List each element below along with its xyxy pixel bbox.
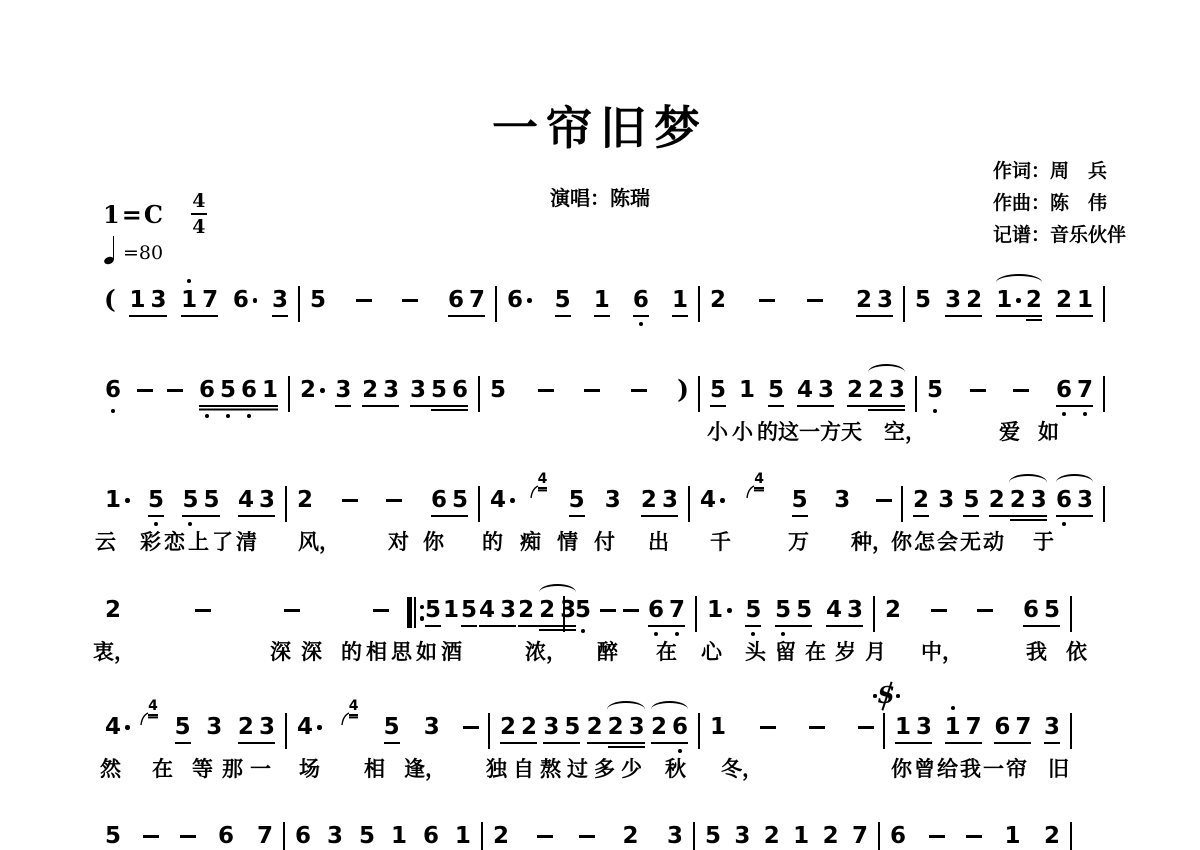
note: 1: [894, 713, 912, 741]
note: 5: [574, 596, 592, 624]
augmentation-dot: [1016, 298, 1021, 303]
augmentation-dot: [527, 298, 532, 303]
note-group: 67: [993, 713, 1032, 741]
note: 6: [632, 286, 650, 314]
lyric-text: 在: [656, 636, 677, 666]
dash-note: [284, 609, 300, 612]
note: 6: [422, 822, 440, 850]
meter-numerator: 4: [192, 190, 205, 212]
note: 6: [1055, 486, 1073, 514]
notation-credit: 记谱：音乐伙伴: [993, 220, 1126, 252]
lyric-text: 醉: [597, 636, 618, 666]
lyric-text: 的这一方天: [757, 416, 862, 446]
grace-note: 4: [148, 699, 158, 713]
note: 3: [1076, 486, 1094, 514]
note-group: 23: [855, 286, 894, 314]
augmentation-dot: [727, 608, 732, 613]
note: 3: [334, 376, 352, 404]
note: 2: [709, 286, 727, 314]
lyric-text: 如: [1038, 416, 1059, 446]
augmentation-dot: [125, 498, 130, 503]
time-signature: 4 4: [191, 190, 207, 238]
augmentation-dot: [320, 388, 325, 393]
dash-note: [759, 299, 775, 302]
note: 4: [296, 713, 323, 741]
note-group: 67: [647, 596, 686, 624]
note: 5: [383, 713, 401, 741]
note: 6: [451, 376, 469, 404]
parenthesis: (: [104, 286, 116, 314]
key-eq: =: [122, 200, 144, 229]
lyric-text: 场: [299, 753, 320, 783]
note: 2: [237, 713, 255, 741]
note: 5: [147, 486, 165, 514]
music-system-4: 251543223567155543265衷，深深的相思如酒浓，醉在心头留在岁月…: [95, 596, 1074, 632]
note: 5: [962, 486, 980, 514]
note: 3: [628, 713, 646, 741]
lyric-text: 的相思如酒: [341, 636, 466, 666]
note: 3: [604, 486, 622, 514]
note-group: 55: [181, 486, 220, 514]
sheet-music-page: 一帘旧梦 演唱：陈瑞 作词：周 兵 作曲：陈 伟 记谱：音乐伙伴 1=C 4 4…: [0, 0, 1200, 850]
note: 2: [296, 486, 314, 514]
note: 5: [1043, 596, 1061, 624]
note: 1: [706, 596, 733, 624]
lyric-text: 痴: [520, 526, 541, 556]
lyric-text: 中，: [921, 636, 963, 666]
music-system-1: (131763567651612235321221: [95, 286, 1105, 322]
note: 5: [174, 713, 192, 741]
lyric-text: 浓，: [525, 636, 567, 666]
measure: 65161: [497, 286, 700, 322]
note: 2: [104, 596, 122, 624]
measure: 445323: [480, 486, 690, 522]
dash-note: [137, 389, 153, 392]
dash-note: [600, 609, 616, 612]
lyric-text: 在: [152, 753, 173, 783]
note-group: 13: [128, 286, 167, 314]
note: 5: [774, 596, 792, 624]
lyric-text: 我: [1026, 636, 1047, 666]
measure: 265: [287, 486, 480, 522]
note: 4: [104, 713, 131, 741]
measure: 223: [483, 822, 695, 850]
note: 3: [661, 486, 679, 514]
note: 5: [568, 486, 586, 514]
lyric-text: 依: [1066, 636, 1087, 666]
note-group: 223: [586, 713, 646, 741]
note: 2: [1025, 286, 1043, 314]
note: 1: [261, 376, 279, 404]
note: 5: [791, 486, 809, 514]
note: 2: [586, 713, 604, 741]
note: 6: [647, 596, 665, 624]
note: 6: [671, 713, 689, 741]
parenthesis: ): [677, 376, 689, 404]
dash-note: [356, 299, 372, 302]
note: 3: [150, 286, 168, 314]
note: 3: [271, 286, 289, 314]
octave-dot-below: [111, 409, 115, 413]
measure: 223522326: [490, 713, 700, 749]
note-group: 22: [499, 713, 538, 741]
note: 5: [744, 596, 762, 624]
note: 2: [965, 286, 983, 314]
octave-dot-below: [933, 409, 937, 413]
lyric-text: 头留在岁月: [745, 636, 895, 666]
dash-note: [463, 726, 479, 729]
note: 2: [867, 376, 885, 404]
key-label: 1: [103, 200, 122, 229]
note-group: 17: [944, 713, 983, 741]
note: 7: [668, 596, 686, 624]
note: 2: [607, 713, 625, 741]
lyric-text: 种，: [851, 526, 893, 556]
note: 3: [876, 286, 894, 314]
note: 5: [709, 376, 727, 404]
dash-note: [966, 835, 982, 838]
note: 7: [1076, 376, 1094, 404]
measure: 155543: [697, 596, 875, 632]
note: 6: [240, 376, 258, 404]
dash-note: [623, 609, 639, 612]
dash-note: [579, 835, 595, 838]
dash-note: [537, 835, 553, 838]
note: 3: [888, 376, 906, 404]
note-group: 65: [430, 486, 469, 514]
octave-dot-above: [951, 706, 955, 710]
dash-note: [809, 726, 825, 729]
octave-dot-below: [247, 414, 251, 418]
lyric-text: 出: [648, 526, 669, 556]
meter-bar: [191, 213, 207, 215]
note: 5: [489, 376, 507, 404]
note-group: 67: [1055, 376, 1094, 404]
composer-credit: 作曲：陈 伟: [993, 188, 1126, 220]
lyric-text: 你: [423, 526, 444, 556]
note: 2: [499, 713, 517, 741]
note: 5: [926, 376, 944, 404]
octave-dot-below: [226, 414, 230, 418]
note: 1: [671, 286, 689, 314]
note: 2: [1055, 286, 1073, 314]
note-group: 356: [409, 376, 469, 404]
lyric-text: 云: [95, 526, 116, 556]
note: 5: [424, 596, 442, 624]
measure: 567: [95, 822, 285, 850]
octave-dot-below: [639, 322, 643, 326]
measure: 155543: [95, 486, 287, 522]
note: 1: [792, 822, 810, 850]
lyricist-credit: 作词：周 兵: [993, 156, 1126, 188]
lyric-text: 等: [192, 753, 213, 783]
song-title: 一帘旧梦: [0, 92, 1200, 158]
lyric-text: 独自熬过多少: [486, 753, 648, 783]
quarter-note-icon: [104, 236, 119, 264]
note: 2: [299, 376, 326, 404]
note: 5: [554, 286, 572, 314]
note-group: 223: [846, 376, 906, 404]
note: 2: [361, 376, 379, 404]
note: 1: [454, 822, 472, 850]
note: 6: [993, 713, 1011, 741]
note-group: 35: [542, 713, 581, 741]
measure: 4453: [690, 486, 903, 522]
note: 5: [104, 822, 122, 850]
measure: 51543223: [398, 596, 565, 632]
note-group: 56: [430, 376, 469, 404]
note: 2: [855, 286, 873, 314]
measure: 5321221: [905, 286, 1105, 322]
note: 6: [198, 376, 216, 404]
note-group: 6561: [198, 376, 279, 404]
key-signature: 1=C 4 4: [103, 190, 207, 238]
note: 4: [699, 486, 726, 514]
note: 3: [499, 596, 517, 624]
note-group: 43: [237, 486, 276, 514]
music-system-6: 567635161223532127612: [95, 822, 1074, 850]
lyric-text: 的: [482, 526, 503, 556]
note: 4: [489, 486, 516, 514]
octave-dot-below: [1062, 522, 1066, 526]
lyric-text: 付: [594, 526, 615, 556]
lyric-text: 千: [710, 526, 731, 556]
measure: 5): [480, 376, 700, 412]
note: 5: [309, 286, 327, 314]
note: 7: [201, 286, 219, 314]
lyric-text: 万: [788, 526, 809, 556]
note: 3: [423, 713, 441, 741]
note: 5: [202, 486, 220, 514]
repeat-open-sign: [407, 597, 424, 628]
lyric-text: 相: [364, 753, 385, 783]
note: 3: [409, 376, 427, 404]
note-group: 23: [361, 376, 400, 404]
measure: 66561: [95, 376, 290, 412]
octave-dot-below: [205, 414, 209, 418]
note: 5: [430, 376, 448, 404]
lyric-text: 你怎会无动: [891, 526, 1006, 556]
note: 3: [1030, 486, 1048, 514]
note-group: 32: [944, 286, 983, 314]
note-group: 23: [237, 713, 276, 741]
note: 6: [104, 376, 122, 404]
measure: 265: [875, 596, 1072, 632]
note: 3: [944, 286, 962, 314]
segno-sign: S: [876, 683, 896, 709]
dash-note: [386, 499, 402, 502]
measure: 23522363: [903, 486, 1105, 522]
note: 3: [326, 822, 344, 850]
lyric-text: 风，: [298, 526, 340, 556]
note: 2: [884, 596, 902, 624]
dash-note: [929, 835, 945, 838]
lyric-text: 对: [388, 526, 409, 556]
note-group: 67: [447, 286, 486, 314]
dash-note: [180, 835, 196, 838]
dash-note: [167, 389, 183, 392]
measure: 1S: [700, 713, 885, 749]
note: 5: [358, 822, 376, 850]
note: 4: [237, 486, 255, 514]
note: 6: [506, 286, 533, 314]
note: 1: [593, 286, 611, 314]
note: 2: [621, 822, 639, 850]
note: 6: [447, 286, 465, 314]
note: 3: [915, 713, 933, 741]
dash-note: [977, 609, 993, 612]
lyric-text: 爱: [999, 416, 1020, 446]
note: 7: [1014, 713, 1032, 741]
note-group: 23: [867, 376, 906, 404]
note: 3: [1043, 713, 1061, 741]
measure: 635161: [285, 822, 483, 850]
note: 2: [520, 713, 538, 741]
tempo-mark: =80: [104, 236, 163, 264]
note: 1: [390, 822, 408, 850]
note: 1: [128, 286, 146, 314]
measure: 51543223: [700, 376, 917, 412]
credits-block: 作词：周 兵 作曲：陈 伟 记谱：音乐伙伴: [993, 156, 1126, 252]
note-group: 13: [894, 713, 933, 741]
note-group: 55: [774, 596, 813, 624]
note: 3: [258, 713, 276, 741]
note: 3: [258, 486, 276, 514]
note: 6: [889, 822, 907, 850]
grace-note: 4: [349, 699, 359, 713]
measure: 1317673: [885, 713, 1072, 749]
augmentation-dot: [720, 498, 725, 503]
note: 3: [833, 486, 851, 514]
note: 6: [294, 822, 312, 850]
note: 7: [468, 286, 486, 314]
note: 2: [1043, 822, 1061, 850]
note-group: 23: [640, 486, 679, 514]
note: 6: [217, 822, 235, 850]
dash-note: [373, 609, 389, 612]
lyric-text: 彩恋上了清: [140, 526, 260, 556]
note: 5: [181, 486, 199, 514]
lyric-text: 空，: [884, 416, 926, 446]
note: 5: [795, 596, 813, 624]
lyric-text: 心: [701, 636, 722, 666]
note: 1: [442, 596, 460, 624]
note: 5: [704, 822, 722, 850]
dash-note: [195, 609, 211, 612]
lyric-text: 小小: [707, 416, 757, 446]
note: 3: [382, 376, 400, 404]
measure: 2323356: [290, 376, 480, 412]
note: 3: [205, 713, 223, 741]
octave-dot-above: [187, 279, 191, 283]
note: 2: [763, 822, 781, 850]
note: 5: [460, 596, 478, 624]
lyric-text: 情: [557, 526, 578, 556]
note: 2: [846, 376, 864, 404]
lyric-text: 那一: [222, 753, 278, 783]
note-group: 23: [1009, 486, 1048, 514]
dash-note: [970, 389, 986, 392]
dash-note: [631, 389, 647, 392]
note-group: 223: [988, 486, 1048, 514]
lyric-text: 逢，: [404, 753, 446, 783]
note: 5: [914, 286, 932, 314]
note-group: 43: [796, 376, 835, 404]
note: 3: [817, 376, 835, 404]
lyric-text: 然: [100, 753, 121, 783]
note: 3: [733, 822, 751, 850]
measure: 567: [917, 376, 1105, 412]
note: 2: [988, 486, 1006, 514]
note: 1: [104, 486, 131, 514]
note: 2: [517, 596, 535, 624]
lyric-text: 冬，: [721, 753, 763, 783]
dash-note: [807, 299, 823, 302]
measure: 445323: [95, 713, 287, 749]
note-group: 12: [995, 286, 1043, 314]
note-group: 43: [825, 596, 864, 624]
measure: 612: [880, 822, 1072, 850]
meter-denominator: 4: [192, 216, 205, 238]
lyric-text: 秋: [665, 753, 686, 783]
music-system-5: 44532344532235223261S1317673然在等那一场相逢，独自熬…: [95, 713, 1074, 749]
augmentation-dot: [253, 298, 258, 303]
octave-dot-below: [1062, 412, 1066, 416]
note: 6: [1022, 596, 1040, 624]
note: 2: [538, 596, 556, 624]
note: 6: [232, 286, 259, 314]
lyric-text: 你曾给我一帘: [891, 753, 1029, 783]
augmentation-dot: [125, 725, 130, 730]
note: 2: [650, 713, 668, 741]
note: 1: [738, 376, 756, 404]
measure: 567: [565, 596, 697, 632]
note: 4: [825, 596, 843, 624]
note: 5: [563, 713, 581, 741]
measure: 223: [700, 286, 905, 322]
octave-dot-below: [1083, 412, 1087, 416]
note-group: 63: [1055, 486, 1094, 514]
lyric-text: 深深: [270, 636, 332, 666]
dash-note: [1013, 389, 1029, 392]
augmentation-dot: [510, 498, 515, 503]
dash-note: [760, 726, 776, 729]
dash-note: [342, 499, 358, 502]
note: 7: [965, 713, 983, 741]
note: 2: [640, 486, 658, 514]
key-value: C: [144, 200, 165, 229]
music-system-3: 155543265445323445323522363云彩恋上了清风，对你的痴情…: [95, 486, 1105, 522]
note-group: 26: [650, 713, 689, 741]
dash-note: [143, 835, 159, 838]
note: 2: [1009, 486, 1027, 514]
note: 2: [492, 822, 510, 850]
note: 1: [944, 713, 962, 741]
music-system-2: 6656123233565)51543223567小小的这一方天空，爱如: [95, 376, 1105, 412]
measure: 2: [95, 596, 398, 632]
measure: 4453: [287, 713, 490, 749]
note: 6: [1055, 376, 1073, 404]
note-group: 43: [478, 596, 517, 624]
note: 3: [666, 822, 684, 850]
note: 4: [478, 596, 496, 624]
note-group: 23: [607, 713, 646, 741]
note: 1: [709, 713, 727, 741]
note: 5: [767, 376, 785, 404]
lyric-text: 于: [1033, 526, 1054, 556]
dash-note: [538, 389, 554, 392]
dash-note: [402, 299, 418, 302]
